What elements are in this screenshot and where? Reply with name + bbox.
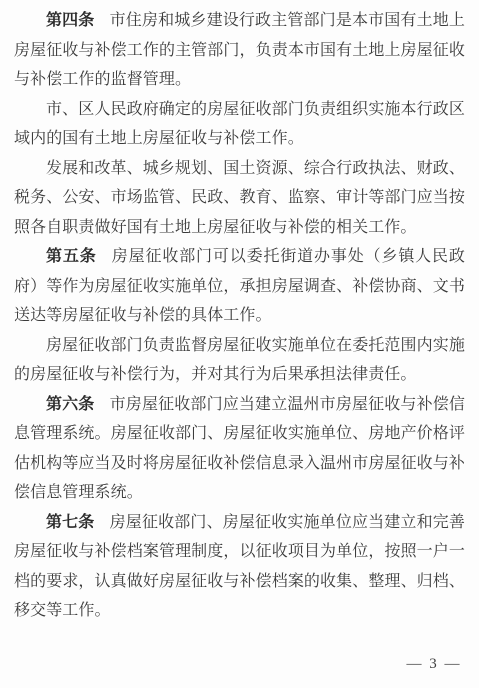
paragraph-article-4: 第四条市住房和城乡建设行政主管部门是本市国有土地上房屋征收与补偿工作的主管部门，…	[14, 6, 465, 95]
paragraph-supervision: 房屋征收部门负责监督房屋征收实施单位在委托范围内实施的房屋征收与补偿行为，并对其…	[14, 331, 465, 390]
paragraph-article-5: 第五条房屋征收部门可以委托街道办事处（乡镇人民政府）等作为房屋征收实施单位，承担…	[14, 242, 465, 331]
paragraph-article-6: 第六条市房屋征收部门应当建立温州市房屋征收与补偿信息管理系统。房屋征收部门、房屋…	[14, 390, 465, 508]
article-7-label: 第七条	[46, 514, 94, 531]
document-page: 第四条市住房和城乡建设行政主管部门是本市国有土地上房屋征收与补偿工作的主管部门，…	[0, 0, 479, 688]
article-5-label: 第五条	[46, 248, 97, 265]
paragraph-article-7: 第七条房屋征收部门、房屋征收实施单位应当建立和完善房屋征收与补偿档案管理制度，以…	[14, 508, 465, 626]
article-6-label: 第六条	[46, 396, 94, 413]
article-4-label: 第四条	[46, 12, 94, 29]
paragraph-city-district-duties: 市、区人民政府确定的房屋征收部门负责组织实施本行政区域内的国有土地上房屋征收与补…	[14, 95, 465, 154]
paragraph-text: 市、区人民政府确定的房屋征收部门负责组织实施本行政区域内的国有土地上房屋征收与补…	[14, 101, 465, 148]
paragraph-text: 房屋征收部门负责监督房屋征收实施单位在委托范围内实施的房屋征收与补偿行为，并对其…	[14, 337, 465, 384]
paragraph-departments-duties: 发展和改革、城乡规划、国土资源、综合行政执法、财政、税务、公安、市场监管、民政、…	[14, 154, 465, 243]
page-number: — 3 —	[407, 656, 461, 673]
paragraph-text: 发展和改革、城乡规划、国土资源、综合行政执法、财政、税务、公安、市场监管、民政、…	[14, 160, 465, 236]
